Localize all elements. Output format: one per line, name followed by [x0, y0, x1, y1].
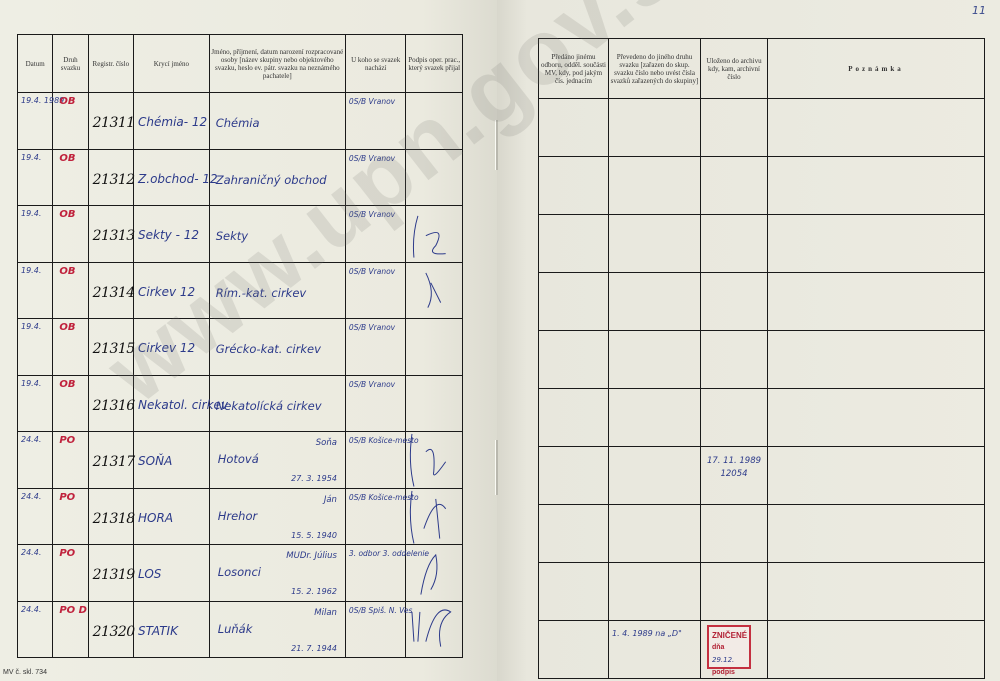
date-cell: 19.4. 1989: [18, 93, 53, 150]
cover-name-value: Cirkev 12: [138, 285, 195, 299]
note-cell: [768, 157, 985, 215]
location-value: 0S/B Vranov: [349, 154, 395, 164]
header-archived: Uloženo do archivu kdy, kam, archivní čí…: [701, 39, 768, 99]
person-first-name: Ján: [324, 495, 337, 505]
type-cell: OB: [53, 206, 88, 263]
table-row: [539, 157, 985, 215]
location-value: 0S/B Vranov: [349, 210, 395, 220]
left-ledger-table: DatumDruh svazkuRegistr. čísloKrycí jmén…: [17, 34, 463, 658]
file-type-value: OB: [59, 322, 75, 333]
signature-cell: [406, 432, 463, 489]
cover-name-value: LOS: [138, 567, 161, 581]
date-cell: 19.4.: [18, 375, 53, 432]
header-converted: Převedeno do jiného druhu svazku [zařaze…: [609, 39, 701, 99]
type-cell: OB: [53, 93, 88, 150]
transferred-cell: [539, 505, 609, 563]
staple: [495, 120, 498, 170]
table-row: 19.4. 1989OB21311Chémia- 12Chémia0S/B Vr…: [18, 93, 463, 150]
signature-cell: [406, 601, 463, 658]
file-type-value: OB: [59, 266, 75, 277]
signature-cell: [406, 93, 463, 150]
stamp-day-value: 29.12.: [712, 656, 734, 664]
header-transferred: Předáno jinému odboru, odděl. součásti M…: [539, 39, 609, 99]
reg-cell: 21312: [88, 149, 133, 206]
transferred-cell: [539, 215, 609, 273]
type-cell: OB: [53, 149, 88, 206]
archived-cell: [701, 273, 768, 331]
person-first-name: Milan: [314, 608, 337, 618]
date-cell: 24.4.: [18, 432, 53, 489]
archived-cell: 17. 11. 1989 12054: [701, 447, 768, 505]
location-cell: 0S/B Vranov: [345, 319, 406, 376]
signature-scribble: [406, 206, 462, 262]
person-cell: Zahraničný obchod: [209, 149, 345, 206]
cover-name-cell: LOS: [134, 545, 210, 602]
header-signature: Podpis oper. prac., který svazek přijal: [406, 35, 463, 93]
person-first-name: MUDr. Július: [286, 551, 337, 561]
date-value: 24.4.: [21, 605, 41, 614]
reg-number-value: 21316: [93, 398, 135, 414]
reg-number-value: 21318: [93, 511, 135, 527]
cover-name-cell: STATIK: [134, 601, 210, 658]
transferred-cell: [539, 621, 609, 679]
signature-scribble: [406, 432, 462, 488]
signature-scribble: [406, 489, 462, 545]
table-row: 24.4.PO21319LOSMUDr. JúliusLosonci15. 2.…: [18, 545, 463, 602]
table-row: 19.4.OB21313Sekty - 12Sekty0S/B Vranov: [18, 206, 463, 263]
transferred-cell: [539, 389, 609, 447]
cover-name-cell: Chémia- 12: [134, 93, 210, 150]
right-header-row: Předáno jinému odboru, odděl. součásti M…: [539, 39, 985, 99]
location-value: 0S/B Vranov: [349, 323, 395, 333]
signature-scribble: [406, 263, 462, 319]
person-last-name: Hrehor: [218, 509, 258, 523]
date-cell: 19.4.: [18, 262, 53, 319]
type-cell: OB: [53, 375, 88, 432]
header-transferred-label: Předáno jinému odboru, odděl. součásti M…: [541, 53, 606, 85]
header-location: U koho se svazek nachází: [345, 35, 406, 93]
cover-name-cell: Sekty - 12: [134, 206, 210, 263]
location-cell: 0S/B Vranov: [345, 93, 406, 150]
header-person: Jméno, příjmení, datum narození rozpraco…: [209, 35, 345, 93]
location-cell: 0S/B Košice-mesto: [345, 488, 406, 545]
signature-scribble: [406, 602, 462, 658]
location-cell: 0S/B Spiš. N. Ves: [345, 601, 406, 658]
date-value: 19.4.: [21, 379, 41, 388]
left-table-body: 19.4. 1989OB21311Chémia- 12Chémia0S/B Vr…: [18, 93, 463, 658]
location-value: 0S/B Spiš. N. Ves: [349, 606, 412, 616]
person-birth-date: 15. 5. 1940: [291, 531, 337, 540]
converted-cell: [609, 273, 701, 331]
right-table-body: 17. 11. 1989 120541. 4. 1989 na „D" ZNIČ…: [539, 99, 985, 679]
person-last-name: Zahraničný obchod: [216, 173, 327, 187]
file-type-value: PO D: [59, 605, 87, 616]
type-cell: OB: [53, 319, 88, 376]
reg-number-value: 21314: [93, 285, 135, 301]
type-cell: PO: [53, 488, 88, 545]
reg-cell: 21316: [88, 375, 133, 432]
date-cell: 24.4.: [18, 601, 53, 658]
signature-cell: [406, 206, 463, 263]
cover-name-cell: SOŇA: [134, 432, 210, 489]
transferred-cell: [539, 273, 609, 331]
reg-number-value: 21319: [93, 567, 135, 583]
file-type-value: OB: [59, 153, 75, 164]
file-type-value: PO: [59, 548, 75, 559]
date-cell: 24.4.: [18, 545, 53, 602]
stamp-sign-label: podpis: [712, 669, 735, 676]
archived-cell: [701, 563, 768, 621]
note-cell: [768, 447, 985, 505]
archived-cell: [701, 389, 768, 447]
location-cell: 0S/B Vranov: [345, 206, 406, 263]
header-note-label: Poznámka: [848, 65, 904, 73]
transferred-cell: [539, 447, 609, 505]
date-value: 24.4.: [21, 435, 41, 444]
person-last-name: Luňák: [218, 622, 253, 636]
file-type-value: PO: [59, 492, 75, 503]
table-row: 1. 4. 1989 na „D" ZNIČENÉ dňa 29.12. pod…: [539, 621, 985, 679]
table-row: [539, 99, 985, 157]
date-cell: 19.4.: [18, 206, 53, 263]
person-cell: Chémia: [209, 93, 345, 150]
reg-cell: 21319: [88, 545, 133, 602]
person-cell: Rím.-kat. cirkev: [209, 262, 345, 319]
person-last-name: Sekty: [216, 229, 248, 243]
file-type-value: OB: [59, 209, 75, 220]
date-value: 19.4.: [21, 153, 41, 162]
reg-cell: 21318: [88, 488, 133, 545]
signature-cell: [406, 545, 463, 602]
date-value: 19.4.: [21, 209, 41, 218]
location-value: 0S/B Vranov: [349, 267, 395, 277]
person-last-name: Losonci: [218, 565, 261, 579]
cover-name-value: SOŇA: [138, 454, 172, 468]
header-reg-number: Registr. číslo: [88, 35, 133, 93]
table-row: [539, 563, 985, 621]
right-ledger-table: Předáno jinému odboru, odděl. součásti M…: [538, 38, 985, 679]
cover-name-cell: Cirkev 12: [134, 319, 210, 376]
archived-cell: [701, 331, 768, 389]
cover-name-value: Sekty - 12: [138, 228, 199, 242]
person-last-name: Chémia: [216, 116, 260, 130]
converted-cell: [609, 505, 701, 563]
reg-number-value: 21313: [93, 228, 135, 244]
signature-cell: [406, 149, 463, 206]
table-row: 24.4.PO21318HORAJánHrehor15. 5. 19400S/B…: [18, 488, 463, 545]
reg-number-value: 21317: [93, 454, 135, 470]
cover-name-value: HORA: [138, 511, 173, 525]
archived-value: 17. 11. 1989 12054: [701, 455, 767, 481]
converted-cell: [609, 331, 701, 389]
left-header-row: DatumDruh svazkuRegistr. čísloKrycí jmén…: [18, 35, 463, 93]
header-date: Datum: [18, 35, 53, 93]
person-last-name: Grécko-kat. cirkev: [216, 342, 321, 356]
signature-cell: [406, 319, 463, 376]
header-note: Poznámka: [768, 39, 985, 99]
person-birth-date: 21. 7. 1944: [291, 644, 337, 653]
note-cell: [768, 563, 985, 621]
person-last-name: Hotová: [218, 452, 259, 466]
signature-cell: [406, 375, 463, 432]
file-type-value: OB: [59, 379, 75, 390]
note-cell: [768, 99, 985, 157]
cover-name-value: Chémia- 12: [138, 115, 207, 129]
converted-cell: [609, 389, 701, 447]
location-cell: 0S/B Vranov: [345, 149, 406, 206]
person-birth-date: 27. 3. 1954: [291, 474, 337, 483]
person-last-name: Rím.-kat. cirkev: [216, 286, 307, 300]
file-type-value: OB: [59, 96, 75, 107]
stamp-title: ZNIČENÉ: [712, 630, 746, 642]
converted-value: 1. 4. 1989 na „D": [612, 627, 682, 640]
converted-cell: 1. 4. 1989 na „D": [609, 621, 701, 679]
transferred-cell: [539, 157, 609, 215]
location-value: 0S/B Vranov: [349, 380, 395, 390]
converted-cell: [609, 447, 701, 505]
reg-number-value: 21311: [93, 115, 135, 131]
archived-cell: [701, 157, 768, 215]
location-cell: 0S/B Vranov: [345, 262, 406, 319]
person-birth-date: 15. 2. 1962: [291, 587, 337, 596]
location-value: 0S/B Vranov: [349, 97, 395, 107]
cover-name-value: STATIK: [138, 624, 178, 638]
note-cell: [768, 389, 985, 447]
note-cell: [768, 215, 985, 273]
page-number: 11: [972, 4, 986, 17]
form-number-footer: MV č. skl. 734: [3, 669, 47, 676]
person-cell: MilanLuňák21. 7. 1944: [209, 601, 345, 658]
person-cell: JánHrehor15. 5. 1940: [209, 488, 345, 545]
archived-cell: ZNIČENÉ dňa 29.12. podpis 1989: [701, 621, 768, 679]
type-cell: OB: [53, 262, 88, 319]
transferred-cell: [539, 563, 609, 621]
table-row: 19.4.OB21312Z.obchod- 12Zahraničný obcho…: [18, 149, 463, 206]
converted-cell: [609, 99, 701, 157]
table-row: 19.4.OB21314Cirkev 12Rím.-kat. cirkev0S/…: [18, 262, 463, 319]
reg-number-value: 21312: [93, 172, 135, 188]
cover-name-cell: Nekatol. cirkev: [134, 375, 210, 432]
stamp-day-label: dňa: [712, 644, 724, 651]
destroyed-stamp: ZNIČENÉ dňa 29.12. podpis 1989: [707, 625, 751, 669]
archived-cell: [701, 505, 768, 563]
header-archived-label: Uloženo do archivu kdy, kam, archivní čí…: [706, 57, 761, 81]
archived-cell: [701, 99, 768, 157]
header-cover-name: Krycí jméno: [134, 35, 210, 93]
signature-scribble: [406, 545, 462, 601]
reg-cell: 21311: [88, 93, 133, 150]
converted-cell: [609, 157, 701, 215]
type-cell: PO D: [53, 601, 88, 658]
date-value: 19.4.: [21, 322, 41, 331]
table-row: 17. 11. 1989 12054: [539, 447, 985, 505]
staple: [495, 440, 498, 495]
date-value: 24.4.: [21, 548, 41, 557]
reg-cell: 21315: [88, 319, 133, 376]
date-value: 24.4.: [21, 492, 41, 501]
converted-cell: [609, 563, 701, 621]
cover-name-cell: HORA: [134, 488, 210, 545]
table-row: 19.4.OB21316Nekatol. cirkevNekatolícká c…: [18, 375, 463, 432]
type-cell: PO: [53, 545, 88, 602]
transferred-cell: [539, 331, 609, 389]
reg-cell: 21313: [88, 206, 133, 263]
person-cell: MUDr. JúliusLosonci15. 2. 1962: [209, 545, 345, 602]
person-cell: Sekty: [209, 206, 345, 263]
person-cell: Grécko-kat. cirkev: [209, 319, 345, 376]
cover-name-cell: Cirkev 12: [134, 262, 210, 319]
note-cell: [768, 621, 985, 679]
reg-cell: 21314: [88, 262, 133, 319]
person-cell: SoňaHotová27. 3. 1954: [209, 432, 345, 489]
reg-number-value: 21320: [93, 624, 135, 640]
table-row: 24.4.PO D21320STATIKMilanLuňák21. 7. 194…: [18, 601, 463, 658]
reg-cell: 21320: [88, 601, 133, 658]
transferred-cell: [539, 99, 609, 157]
table-row: [539, 505, 985, 563]
note-cell: [768, 331, 985, 389]
cover-name-cell: Z.obchod- 12: [134, 149, 210, 206]
header-file-type: Druh svazku: [53, 35, 88, 93]
cover-name-value: Cirkev 12: [138, 341, 195, 355]
type-cell: PO: [53, 432, 88, 489]
location-cell: 0S/B Košice-mesto: [345, 432, 406, 489]
table-row: [539, 273, 985, 331]
cover-name-value: Z.obchod- 12: [138, 172, 218, 186]
person-last-name: Nekatolícká cirkev: [216, 399, 322, 413]
table-row: 24.4.PO21317SOŇASoňaHotová27. 3. 19540S/…: [18, 432, 463, 489]
location-cell: 3. odbor 3. oddelenie: [345, 545, 406, 602]
location-cell: 0S/B Vranov: [345, 375, 406, 432]
note-cell: [768, 273, 985, 331]
signature-cell: [406, 262, 463, 319]
note-cell: [768, 505, 985, 563]
date-cell: 19.4.: [18, 319, 53, 376]
date-cell: 19.4.: [18, 149, 53, 206]
converted-cell: [609, 215, 701, 273]
table-row: [539, 331, 985, 389]
reg-cell: 21317: [88, 432, 133, 489]
table-row: 19.4.OB21315Cirkev 12Grécko-kat. cirkev0…: [18, 319, 463, 376]
table-row: [539, 389, 985, 447]
header-converted-label: Převedeno do jiného druhu svazku [zařaze…: [611, 53, 699, 85]
person-cell: Nekatolícká cirkev: [209, 375, 345, 432]
date-value: 19.4.: [21, 266, 41, 275]
archived-cell: [701, 215, 768, 273]
reg-number-value: 21315: [93, 341, 135, 357]
file-type-value: PO: [59, 435, 75, 446]
signature-cell: [406, 488, 463, 545]
person-first-name: Soňa: [316, 438, 337, 448]
date-cell: 24.4.: [18, 488, 53, 545]
table-row: [539, 215, 985, 273]
